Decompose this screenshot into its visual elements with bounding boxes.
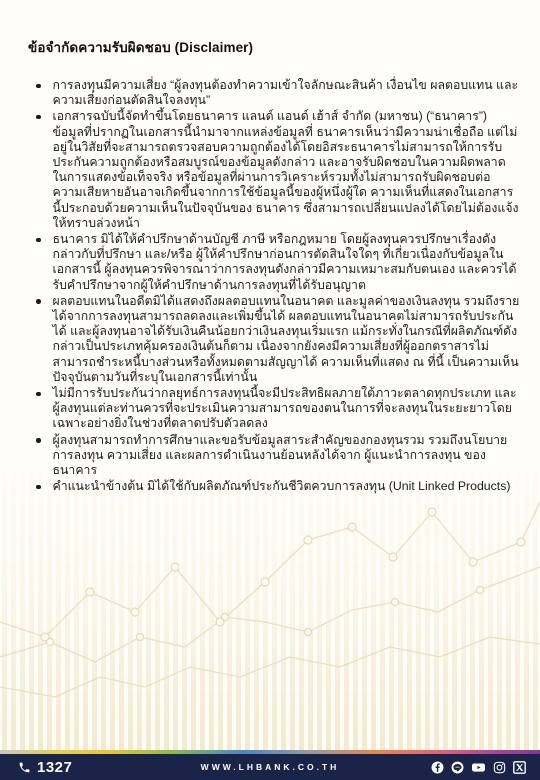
phone-number: 1327 — [37, 759, 72, 776]
bullet-dot — [36, 115, 41, 120]
bullet-dot — [36, 438, 41, 443]
disclaimer-bullet-5: ไม่มีการรับประกันว่ากลยุทธ์การลงทุนนี้จะ… — [28, 386, 520, 432]
bullet-text: ธนาคาร มิได้ให้คำปรึกษาด้านบัญชี ภาษี หร… — [53, 232, 521, 293]
disclaimer-list: การลงทุนมีความเสี่ยง “ผู้ลงทุนต้องทำความ… — [28, 78, 520, 494]
chart-watermark — [0, 472, 540, 752]
youtube-icon[interactable] — [471, 761, 486, 774]
disclaimer-content: ข้อจำกัดความรับผิดชอบ (Disclaimer) การลง… — [0, 0, 540, 494]
disclaimer-bullet-3: ธนาคาร มิได้ให้คำปรึกษาด้านบัญชี ภาษี หร… — [28, 232, 520, 293]
social-icons — [431, 761, 526, 774]
bullet-dot — [36, 238, 41, 243]
website-url: WWW.LHBANK.CO.TH — [201, 762, 340, 772]
bullet-text: ผลตอบแทนในอดีตมิได้แสดงถึงผลตอบแทนในอนาค… — [53, 294, 521, 385]
line-icon[interactable] — [451, 761, 464, 774]
bullet-dot — [36, 485, 41, 490]
page-title: ข้อจำกัดความรับผิดชอบ (Disclaimer) — [28, 36, 516, 58]
bullet-text: ผู้ลงทุนสามารถทำการศึกษาและขอรับข้อมูลสา… — [53, 433, 521, 479]
disclaimer-bullet-2: เอกสารฉบับนี้จัดทำขึ้นโดยธนาคาร แลนด์ แอ… — [28, 109, 520, 231]
footer-navy-bar: 1327 WWW.LHBANK.CO.TH — [0, 754, 540, 780]
bullet-text: เอกสารฉบับนี้จัดทำขึ้นโดยธนาคาร แลนด์ แอ… — [53, 109, 521, 231]
bullet-dot — [36, 299, 41, 304]
bullet-text: การลงทุนมีความเสี่ยง “ผู้ลงทุนต้องทำความ… — [53, 78, 521, 108]
disclaimer-bullet-6: ผู้ลงทุนสามารถทำการศึกษาและขอรับข้อมูลสา… — [28, 433, 520, 479]
disclaimer-bullet-1: การลงทุนมีความเสี่ยง “ผู้ลงทุนต้องทำความ… — [28, 78, 520, 108]
bullet-text: ไม่มีการรับประกันว่ากลยุทธ์การลงทุนนี้จะ… — [53, 386, 521, 432]
x-icon[interactable] — [513, 761, 526, 774]
bullet-text: คำแนะนำข้างต้น มิได้ใช้กับผลิตภัณฑ์ประกั… — [53, 479, 521, 494]
disclaimer-bullet-7: คำแนะนำข้างต้น มิได้ใช้กับผลิตภัณฑ์ประกั… — [28, 479, 520, 494]
phone-contact: 1327 — [18, 759, 72, 776]
facebook-icon[interactable] — [431, 761, 444, 774]
disclaimer-bullet-4: ผลตอบแทนในอดีตมิได้แสดงถึงผลตอบแทนในอนาค… — [28, 294, 520, 385]
phone-icon — [18, 761, 31, 774]
footer-bar: 1327 WWW.LHBANK.CO.TH — [0, 750, 540, 780]
disclaimer-page: ข้อจำกัดความรับผิดชอบ (Disclaimer) การลง… — [0, 0, 540, 780]
instagram-icon[interactable] — [493, 761, 506, 774]
bullet-dot — [36, 84, 41, 89]
bullet-dot — [36, 392, 41, 397]
